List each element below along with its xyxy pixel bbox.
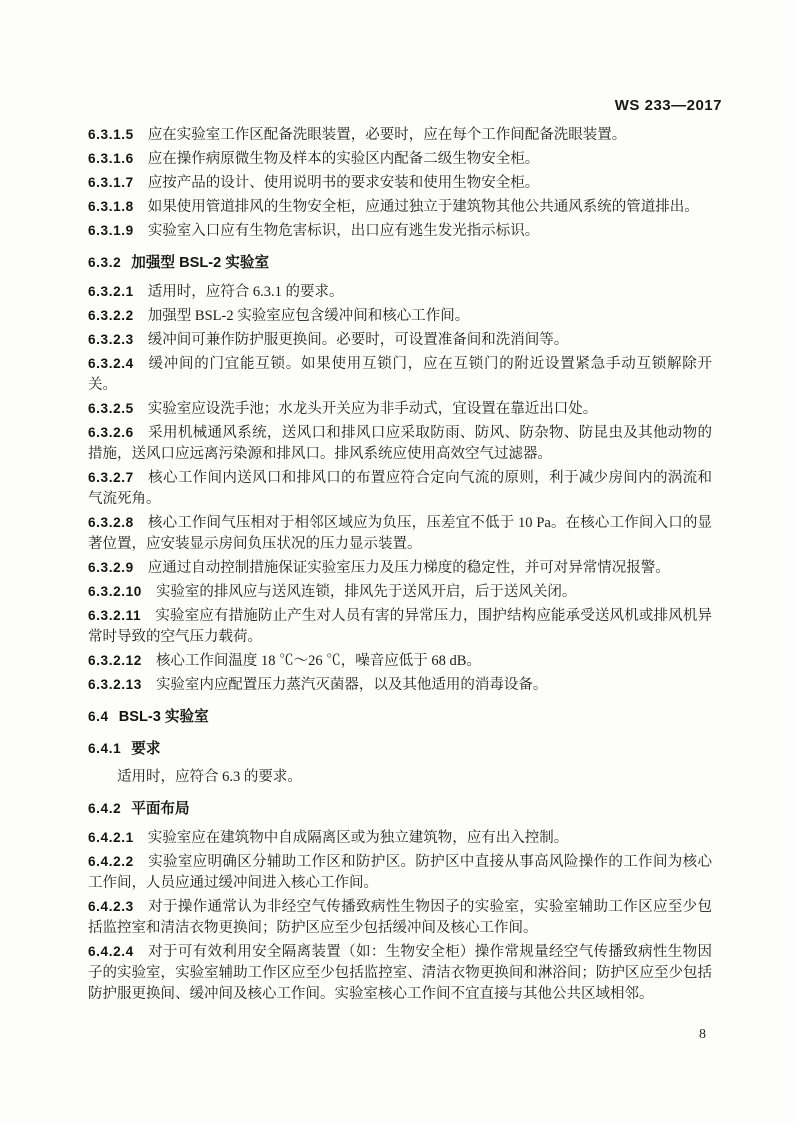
clause-text: 实验室的排风应与送风连锁，排风先于送风开启，后于送风关闭。 [156, 584, 577, 600]
clause-text: 缓冲间可兼作防护服更换间。必要时，可设置准备间和洗消间等。 [148, 332, 569, 348]
clause-text: 应按产品的设计、使用说明书的要求安装和使用生物安全柜。 [148, 175, 540, 191]
clause-text: 适用时，应符合 6.3 的要求。 [117, 769, 302, 785]
clause-text: 对于可有效利用安全隔离装置（如：生物安全柜）操作常规量经空气传播致病性生物因子的… [88, 944, 712, 1002]
clause-number: 6.3.1.6 [88, 151, 134, 166]
clause-paragraph: 6.3.1.5应在实验室工作区配备洗眼装置，必要时，应在每个工作间配备洗眼装置。 [88, 124, 712, 146]
clause-paragraph: 6.3.1.8如果使用管道排风的生物安全柜，应通过独立于建筑物其他公共通风系统的… [88, 196, 712, 218]
clause-paragraph: 6.3.2.7核心工作间内送风口和排风口的布置应符合定向气流的原则，利于减少房间… [88, 467, 712, 510]
clause-text: 适用时，应符合 6.3.1 的要求。 [148, 284, 344, 300]
section-heading: 6.3.2加强型 BSL-2 实验室 [88, 252, 712, 274]
clause-paragraph: 6.3.2.13实验室内应配置压力蒸汽灭菌器，以及其他适用的消毒设备。 [88, 674, 712, 696]
section-heading: 6.4.1要求 [88, 738, 712, 760]
clause-text: 如果使用管道排风的生物安全柜，应通过独立于建筑物其他公共通风系统的管道排出。 [148, 199, 699, 215]
clause-paragraph: 6.4.2.2实验室应明确区分辅助工作区和防护区。防护区中直接从事高风险操作的工… [88, 851, 712, 894]
clause-number: 6.3.2.4 [88, 356, 134, 371]
clause-number: 6.4.2.3 [88, 899, 134, 914]
clause-paragraph: 6.3.2.9应通过自动控制措施保证实验室压力及压力梯度的稳定性，并可对异常情况… [88, 557, 712, 579]
section-heading: 6.4.2平面布局 [88, 798, 712, 820]
clause-paragraph: 6.3.2.4缓冲间的门宜能互锁。如果使用互锁门，应在互锁门的附近设置紧急手动互… [88, 353, 712, 396]
clause-number: 6.3.2.7 [88, 470, 134, 485]
clause-number: 6.4 [88, 709, 109, 724]
body-paragraph: 适用时，应符合 6.3 的要求。 [88, 767, 712, 788]
page-number: 8 [699, 1027, 706, 1043]
clause-text: 实验室应设洗手池；水龙头开关应为非手动式，宜设置在靠近出口处。 [148, 401, 598, 417]
clause-number: 6.4.1 [88, 741, 121, 756]
clause-text: 实验室应有措施防止产生对人员有害的异常压力，围护结构应能承受送风机或排风机异常时… [88, 608, 712, 645]
heading-text: 平面布局 [131, 801, 189, 817]
clause-text: 应通过自动控制措施保证实验室压力及压力梯度的稳定性，并可对异常情况报警。 [148, 560, 670, 576]
clause-number: 6.4.2.4 [88, 944, 134, 959]
clause-number: 6.3.2.10 [88, 584, 142, 599]
heading-text: BSL-3 实验室 [119, 709, 209, 725]
clause-text: 实验室应在建筑物中自成隔离区或为独立建筑物，应有出入控制。 [148, 830, 569, 846]
clause-paragraph: 6.3.1.6应在操作病原微生物及样本的实验区内配备二级生物安全柜。 [88, 148, 712, 170]
clause-text: 核心工作间内送风口和排风口的布置应符合定向气流的原则，利于减少房间内的涡流和气流… [88, 470, 712, 507]
clause-paragraph: 6.3.2.12核心工作间温度 18 ℃～26 ℃，噪音应低于 68 dB。 [88, 650, 712, 672]
clause-number: 6.4.2.2 [88, 854, 134, 869]
clause-number: 6.3.2.2 [88, 308, 134, 323]
clause-paragraph: 6.3.2.5实验室应设洗手池；水龙头开关应为非手动式，宜设置在靠近出口处。 [88, 398, 712, 420]
clause-number: 6.3.1.7 [88, 175, 134, 190]
clause-number: 6.3.2.1 [88, 284, 134, 299]
clause-paragraph: 6.3.1.9实验室入口应有生物危害标识，出口应有逃生发光指示标识。 [88, 220, 712, 242]
document-body: 6.3.1.5应在实验室工作区配备洗眼装置，必要时，应在每个工作间配备洗眼装置。… [88, 122, 712, 1007]
clause-text: 实验室入口应有生物危害标识，出口应有逃生发光指示标识。 [148, 223, 540, 239]
clause-number: 6.3.2.9 [88, 560, 134, 575]
heading-text: 要求 [131, 741, 160, 757]
clause-number: 6.4.2.1 [88, 830, 134, 845]
clause-paragraph: 6.4.2.4对于可有效利用安全隔离装置（如：生物安全柜）操作常规量经空气传播致… [88, 941, 712, 1005]
clause-paragraph: 6.4.2.3对于操作通常认为非经空气传播致病性生物因子的实验室，实验室辅助工作… [88, 896, 712, 939]
clause-paragraph: 6.3.2.2加强型 BSL-2 实验室应包含缓冲间和核心工作间。 [88, 305, 712, 327]
clause-number: 6.3.2.6 [88, 425, 134, 440]
clause-text: 实验室内应配置压力蒸汽灭菌器，以及其他适用的消毒设备。 [156, 677, 548, 693]
clause-text: 对于操作通常认为非经空气传播致病性生物因子的实验室，实验室辅助工作区应至少包括监… [88, 899, 712, 936]
clause-text: 核心工作间温度 18 ℃～26 ℃，噪音应低于 68 dB。 [156, 653, 481, 669]
clause-paragraph: 6.3.2.10实验室的排风应与送风连锁，排风先于送风开启，后于送风关闭。 [88, 581, 712, 603]
clause-number: 6.3.2.8 [88, 515, 134, 530]
document-page: WS 233—2017 6.3.1.5应在实验室工作区配备洗眼装置，必要时，应在… [0, 0, 794, 1123]
clause-number: 6.3.1.8 [88, 199, 134, 214]
clause-paragraph: 6.3.1.7应按产品的设计、使用说明书的要求安装和使用生物安全柜。 [88, 172, 712, 194]
section-heading: 6.4BSL-3 实验室 [88, 706, 712, 728]
clause-number: 6.3.2.11 [88, 608, 141, 623]
clause-text: 核心工作间气压相对于相邻区域应为负压，压差宜不低于 10 Pa。在核心工作间入口… [88, 515, 712, 552]
clause-text: 应在实验室工作区配备洗眼装置，必要时，应在每个工作间配备洗眼装置。 [148, 127, 627, 143]
clause-text: 采用机械通风系统，送风口和排风口应采取防雨、防风、防杂物、防昆虫及其他动物的措施… [88, 425, 712, 462]
clause-text: 实验室应明确区分辅助工作区和防护区。防护区中直接从事高风险操作的工作间为核心工作… [88, 854, 712, 891]
clause-number: 6.3.1.9 [88, 223, 134, 238]
clause-paragraph: 6.3.2.11实验室应有措施防止产生对人员有害的异常压力，围护结构应能承受送风… [88, 605, 712, 648]
clause-number: 6.3.2.12 [88, 653, 142, 668]
clause-text: 缓冲间的门宜能互锁。如果使用互锁门，应在互锁门的附近设置紧急手动互锁解除开关。 [88, 356, 712, 393]
clause-text: 应在操作病原微生物及样本的实验区内配备二级生物安全柜。 [148, 151, 540, 167]
clause-paragraph: 6.4.2.1实验室应在建筑物中自成隔离区或为独立建筑物，应有出入控制。 [88, 827, 712, 849]
clause-paragraph: 6.3.2.1适用时，应符合 6.3.1 的要求。 [88, 281, 712, 303]
clause-number: 6.3.2 [88, 255, 121, 270]
clause-paragraph: 6.3.2.6采用机械通风系统，送风口和排风口应采取防雨、防风、防杂物、防昆虫及… [88, 422, 712, 465]
clause-number: 6.3.2.13 [88, 677, 142, 692]
document-code-header: WS 233—2017 [615, 97, 722, 114]
clause-number: 6.4.2 [88, 801, 121, 816]
clause-number: 6.3.1.5 [88, 127, 134, 142]
clause-paragraph: 6.3.2.8核心工作间气压相对于相邻区域应为负压，压差宜不低于 10 Pa。在… [88, 512, 712, 555]
clause-number: 6.3.2.3 [88, 332, 134, 347]
heading-text: 加强型 BSL-2 实验室 [131, 255, 269, 271]
clause-paragraph: 6.3.2.3缓冲间可兼作防护服更换间。必要时，可设置准备间和洗消间等。 [88, 329, 712, 351]
clause-text: 加强型 BSL-2 实验室应包含缓冲间和核心工作间。 [148, 308, 469, 324]
clause-number: 6.3.2.5 [88, 401, 134, 416]
